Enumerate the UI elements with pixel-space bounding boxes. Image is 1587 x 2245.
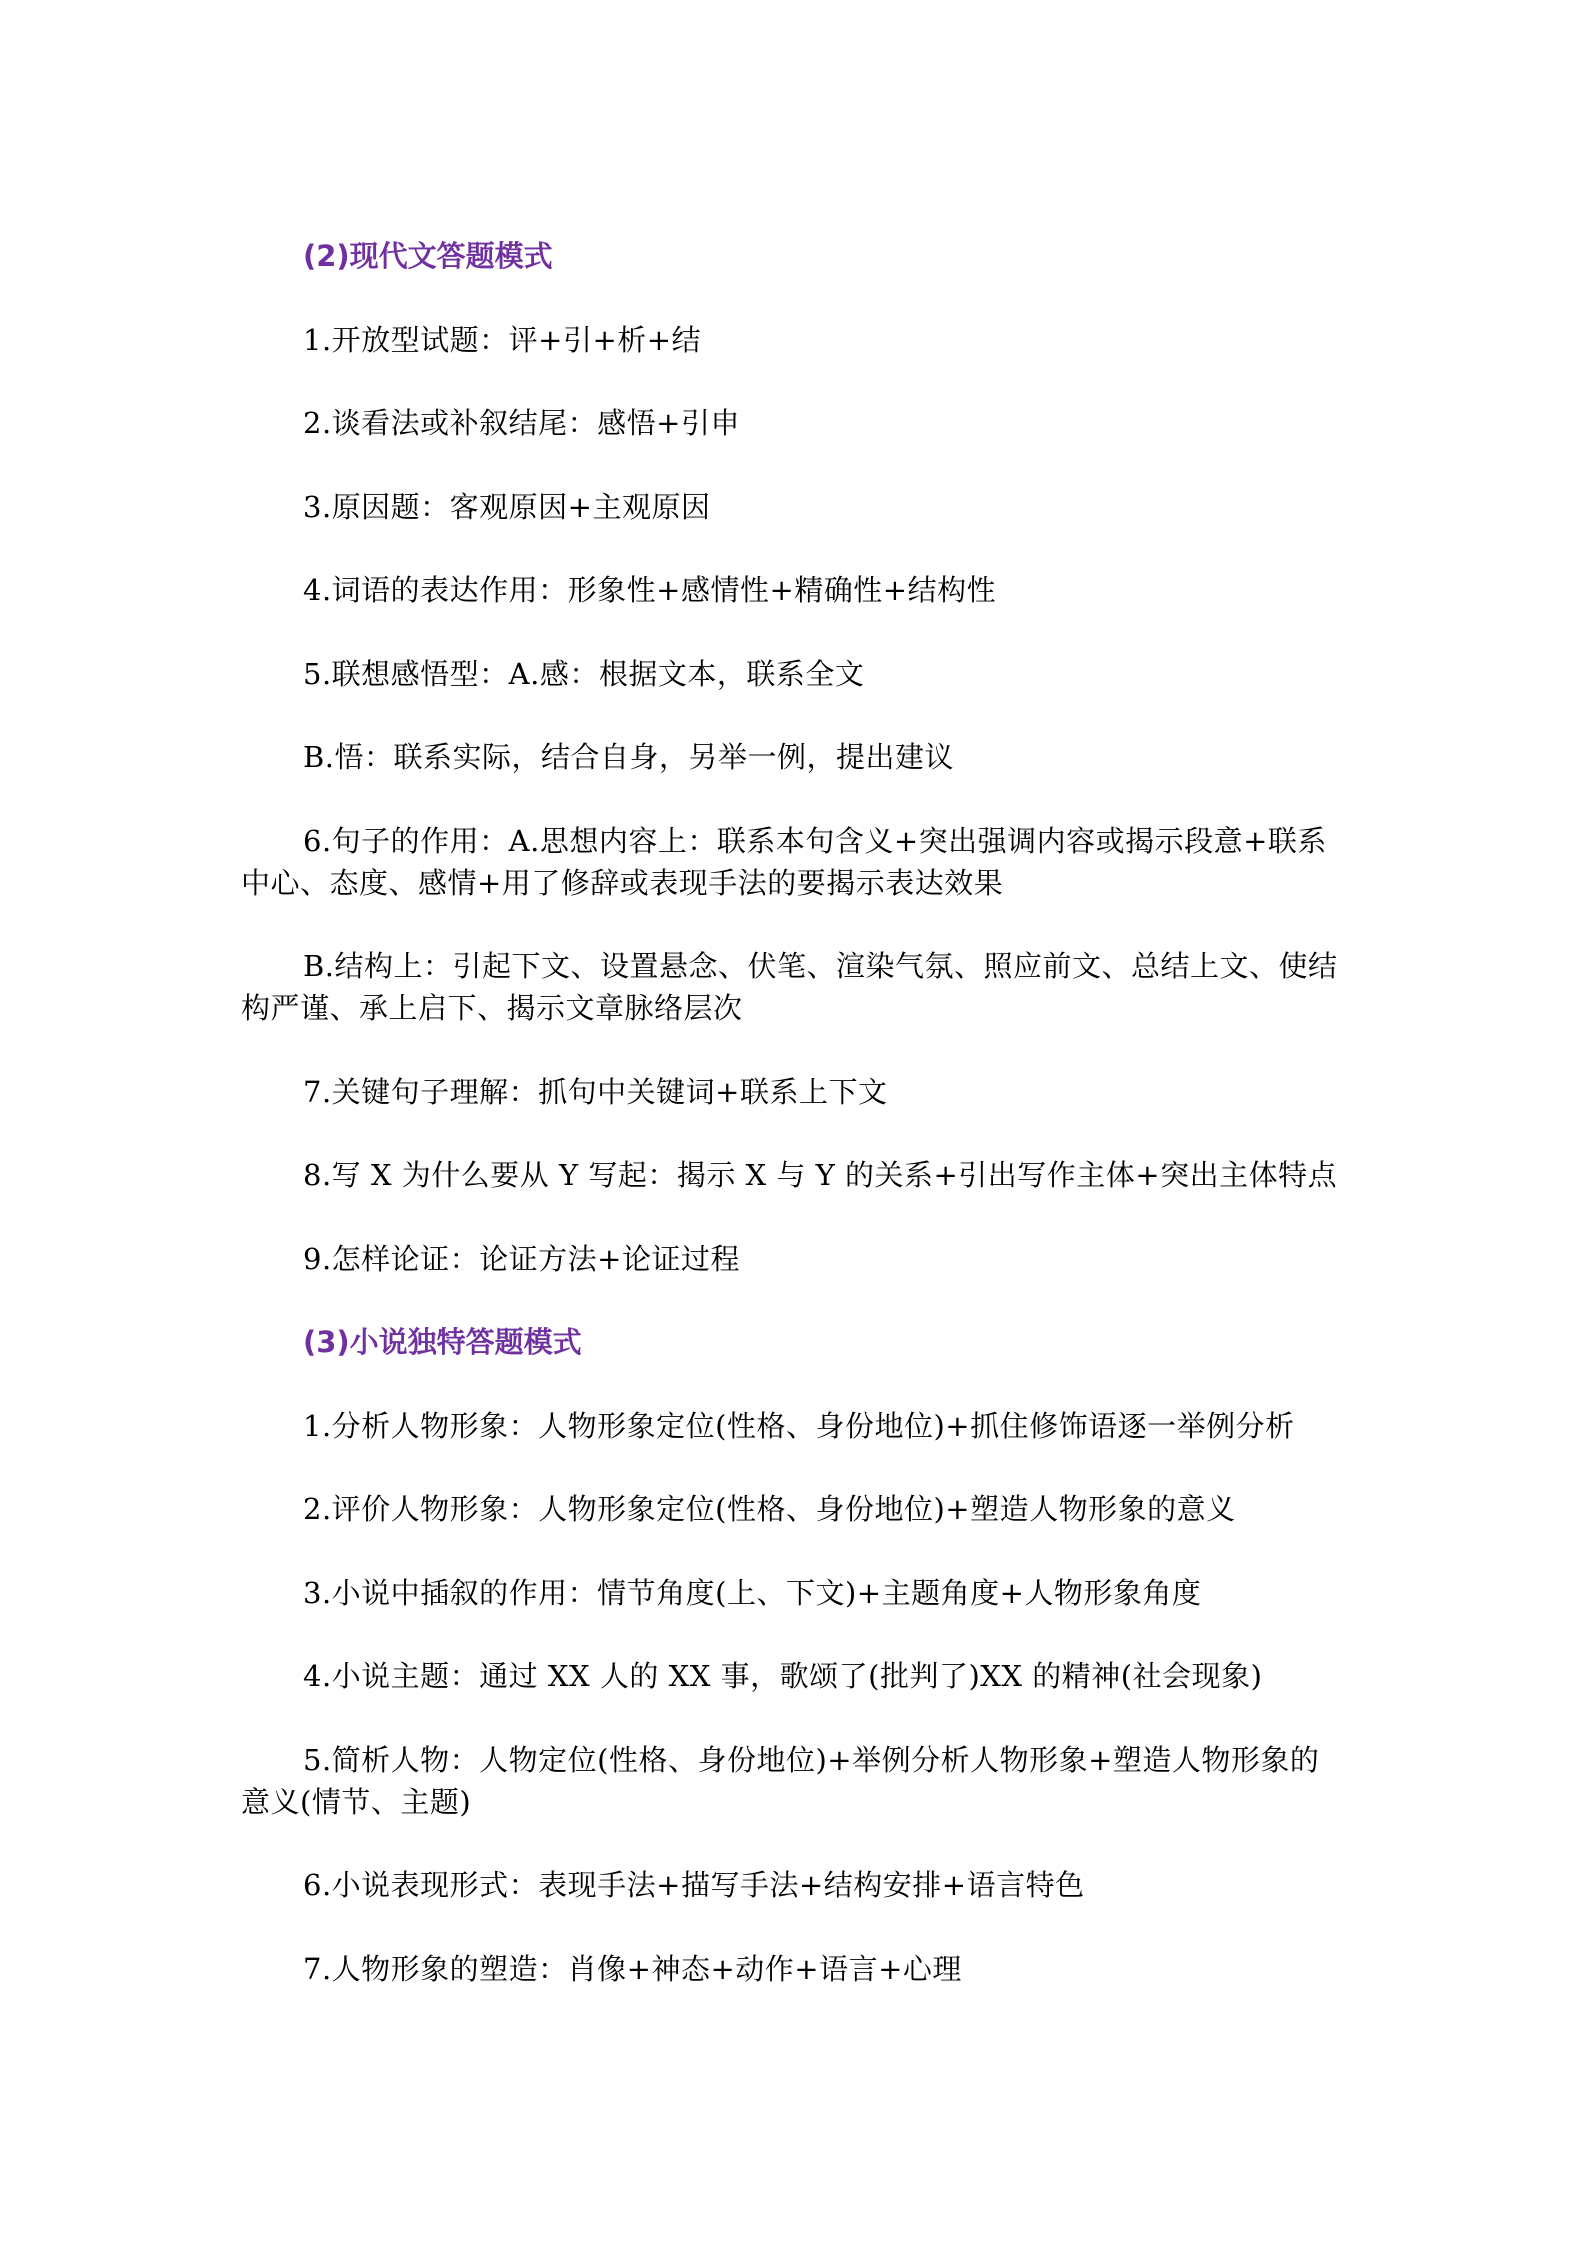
list-item: 7.关键句子理解：抓句中关键词+联系上下文: [241, 1071, 1347, 1113]
list-item: 2.谈看法或补叙结尾：感悟+引申: [241, 402, 1347, 444]
section-heading-novel: (3)小说独特答题模式: [241, 1321, 1347, 1363]
list-item: 2.评价人物形象：人物形象定位(性格、身份地位)+塑造人物形象的意义: [241, 1488, 1347, 1530]
list-item: 9.怎样论证：论证方法+论证过程: [241, 1238, 1347, 1280]
list-item: 3.小说中插叙的作用：情节角度(上、下文)+主题角度+人物形象角度: [241, 1572, 1347, 1614]
list-item: 4.小说主题：通过 XX 人的 XX 事，歌颂了(批判了)XX 的精神(社会现象…: [241, 1655, 1347, 1697]
list-item: 5.联想感悟型：A.感：根据文本，联系全文: [241, 653, 1347, 695]
list-item: 4.词语的表达作用：形象性+感情性+精确性+结构性: [241, 569, 1347, 611]
list-item: 1.分析人物形象：人物形象定位(性格、身份地位)+抓住修饰语逐一举例分析: [241, 1405, 1347, 1447]
list-item: 6.句子的作用：A.思想内容上：联系本句含义+突出强调内容或揭示段意+联系中心、…: [241, 820, 1347, 904]
list-item: 5.简析人物：人物定位(性格、身份地位)+举例分析人物形象+塑造人物形象的意义(…: [241, 1739, 1347, 1823]
list-item: B.悟：联系实际，结合自身，另举一例，提出建议: [241, 736, 1347, 778]
list-item: 7.人物形象的塑造：肖像+神态+动作+语言+心理: [241, 1948, 1347, 1990]
list-item: 6.小说表现形式：表现手法+描写手法+结构安排+语言特色: [241, 1864, 1347, 1906]
document-page: (2)现代文答题模式 1.开放型试题：评+引+析+结 2.谈看法或补叙结尾：感悟…: [241, 235, 1347, 2031]
list-item: 8.写 X 为什么要从 Y 写起：揭示 X 与 Y 的关系+引出写作主体+突出主…: [241, 1154, 1347, 1196]
list-item: 1.开放型试题：评+引+析+结: [241, 319, 1347, 361]
list-item: B.结构上：引起下文、设置悬念、伏笔、渲染气氛、照应前文、总结上文、使结构严谨、…: [241, 945, 1347, 1029]
section-heading-modern-text: (2)现代文答题模式: [241, 235, 1347, 277]
list-item: 3.原因题：客观原因+主观原因: [241, 486, 1347, 528]
